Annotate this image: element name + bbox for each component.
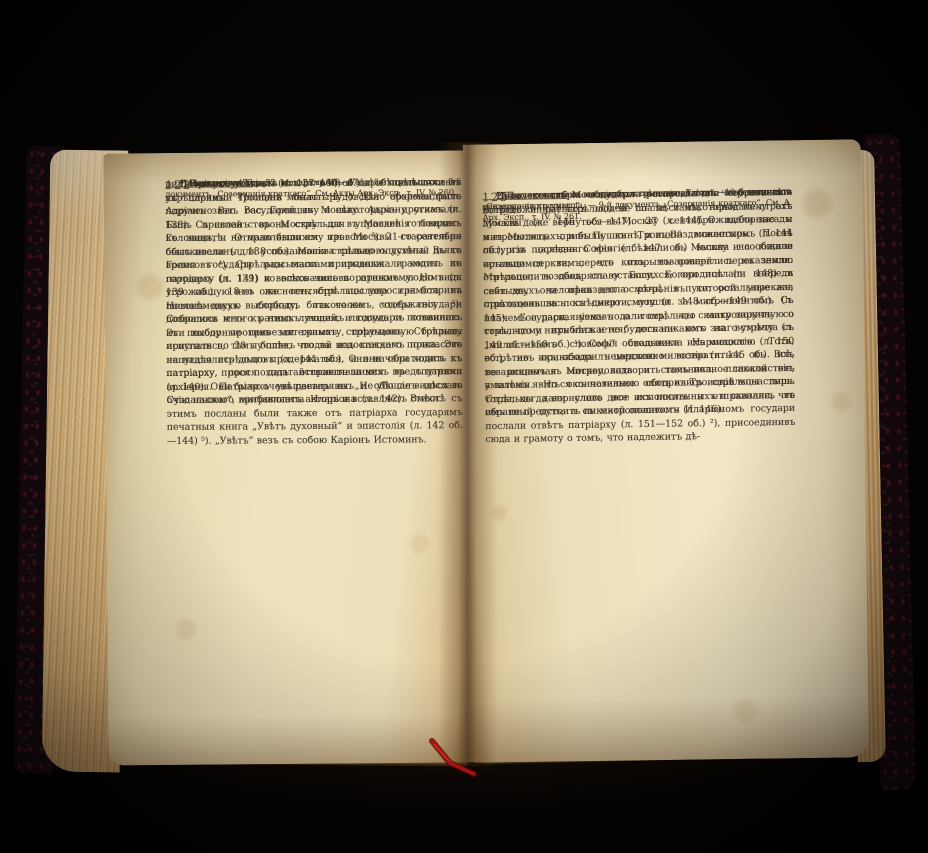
footnote: ⁵) Эпистолія патріарха къ царямъ объ „Ув… xyxy=(165,176,461,200)
bookmark-ribbon-icon xyxy=(424,738,488,796)
paragraph: Патріархъ утѣшалъ ихъ (л. 140 об.) и обѣ… xyxy=(165,176,463,448)
left-page-text: 122 рилъ много ужасовъ (л. 137 об.), и ц… xyxy=(165,176,465,764)
book-photo: 122 рилъ много ужасовъ (л. 137 об.), и ц… xyxy=(0,0,928,853)
right-page-text: 123 Недалеко отъ Москвы была остановка д… xyxy=(482,186,800,762)
paragraph: 25-го сентября государи распредѣляли соб… xyxy=(482,186,796,447)
footnote: ²) Письмо царей къ патріарху о принятіи … xyxy=(482,186,792,212)
